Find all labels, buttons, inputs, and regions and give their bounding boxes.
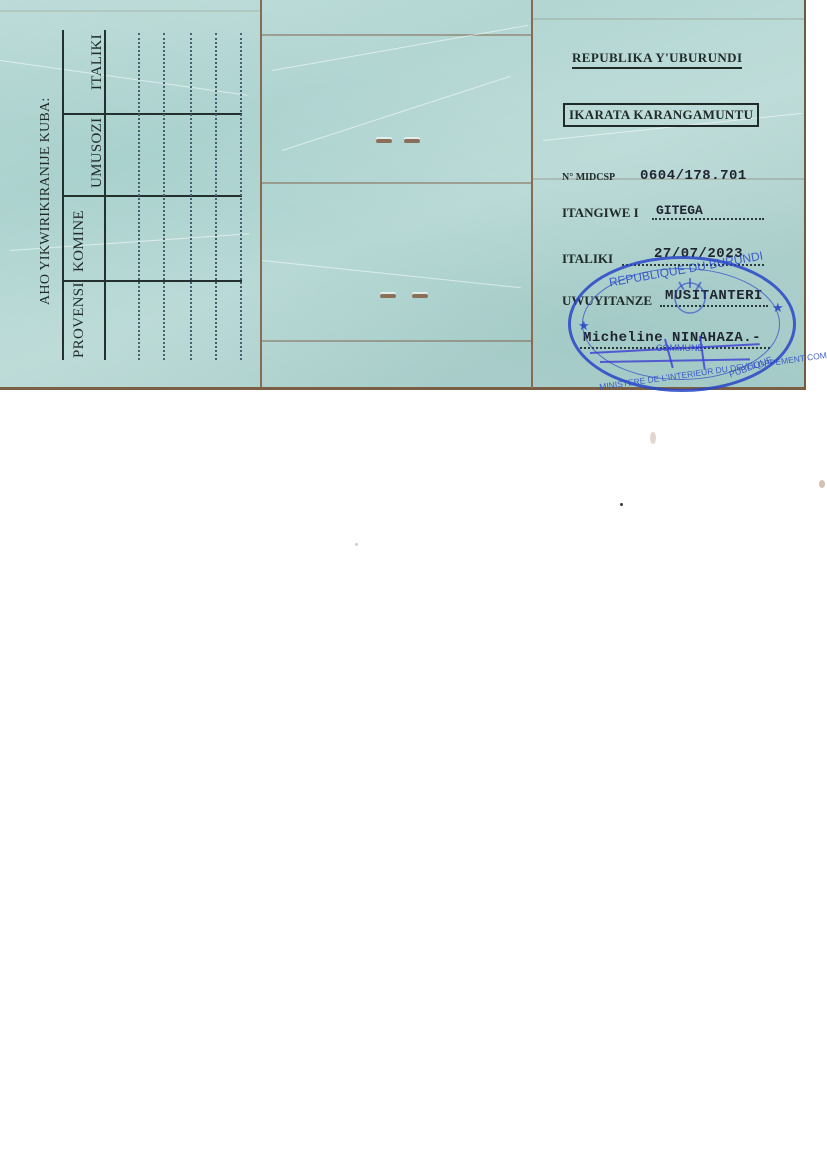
entry-dotted-line [190, 33, 192, 360]
card-title: IKARATA KARANGAMUNTU [563, 103, 759, 127]
entry-dotted-line [240, 33, 242, 360]
star-icon: ★ [578, 318, 590, 334]
star-icon: ★ [772, 300, 784, 316]
crease [0, 60, 248, 96]
crease [282, 76, 511, 151]
fold-line [0, 10, 260, 12]
date-label: ITALIKI [562, 251, 613, 267]
fold-line [262, 34, 531, 36]
issued-at-value: GITEGA [656, 203, 703, 218]
number-label: N° MIDCSP [562, 172, 615, 183]
middle-panel [260, 0, 533, 388]
residence-heading: AHO YIKWIRIKIRANIJE KUBA: [38, 97, 54, 305]
country-header: REPUBLIKA Y'UBURUNDI [572, 50, 742, 69]
coat-of-arms-icon [665, 270, 715, 320]
scan-speck [819, 480, 825, 488]
crease [262, 260, 521, 288]
entry-dotted-line [163, 33, 165, 360]
column-italiki: ITALIKI [89, 34, 106, 90]
staple [404, 139, 420, 143]
column-komine: KOMINE [71, 210, 88, 272]
staple [376, 139, 392, 143]
left-panel: AHO YIKWIRIKIRANIJE KUBA: PROVENSI KOMIN… [0, 0, 260, 388]
issued-at-dotted-line [652, 218, 764, 220]
staple [380, 294, 396, 298]
fold-line [533, 18, 805, 20]
scan-speck [650, 432, 656, 444]
scan-speck [355, 543, 358, 546]
scan-speck [620, 503, 623, 506]
identity-card: AHO YIKWIRIKIRANIJE KUBA: PROVENSI KOMIN… [0, 0, 806, 390]
column-umusozi: UMUSOZI [89, 118, 106, 188]
staple [412, 294, 428, 298]
column-provensi: PROVENSI [71, 282, 88, 358]
fold-line [262, 340, 531, 342]
entry-dotted-line [215, 33, 217, 360]
number-value: 0604/178.701 [640, 168, 747, 184]
issued-at-label: ITANGIWE I [562, 205, 639, 221]
crease [272, 25, 528, 71]
fold-line [262, 182, 531, 184]
entry-dotted-line [138, 33, 140, 360]
